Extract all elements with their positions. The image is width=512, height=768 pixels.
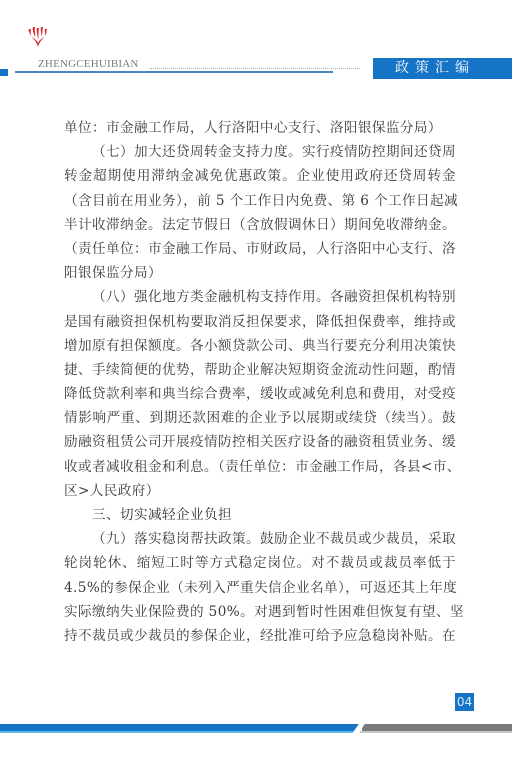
- document-body: 单位：市金融工作局，人行洛阳中心支行、洛阳银保监分局）（七）加大还贷周转金支持力…: [64, 116, 456, 648]
- body-text-line: 单位：市金融工作局，人行洛阳中心支行、洛阳银保监分局）: [64, 116, 456, 140]
- header-solid-rule: [15, 71, 333, 73]
- body-text-line: （七）加大还贷周转金支持力度。实行疫情防控期间还贷周: [64, 140, 456, 164]
- body-text-line: （含目前在用业务），前 5 个工作日内免费、第 6 个工作日起减: [64, 189, 456, 213]
- body-text-line: 是国有融资担保机构要取消反担保要求，降低担保费率，维持或: [64, 310, 456, 334]
- body-text-line: 降低贷款利率和典当综合费率，缓收或减免利息和费用，对受疫: [64, 382, 456, 406]
- body-text-line: 半计收滞纳金。法定节假日（含放假调休日）期间免收滞纳金。: [64, 213, 456, 237]
- footer-blue-underline: [0, 731, 356, 733]
- footer-blue-bar: [0, 724, 360, 731]
- body-text-line: 捷、手续简便的优势，帮助企业解决短期资金流动性问题，酌情: [64, 358, 456, 382]
- section-title-tab: 政策汇编: [373, 58, 512, 79]
- brand-pinyin: ZHENGCEHUIBIAN: [38, 58, 139, 70]
- body-text-line: 持不裁员或少裁员的参保企业，经批准可给予应急稳岗补贴。在: [64, 624, 456, 648]
- body-text-line: 情影响严重、到期还款困难的企业予以展期或续贷（续当）。鼓: [64, 406, 456, 430]
- footer-gray-underline: [360, 731, 512, 733]
- body-text-line: 收或者减收租金和利息。（责任单位：市金融工作局，各县<市、: [64, 455, 456, 479]
- page-number: 04: [455, 693, 474, 711]
- body-text-line: 转金超期使用滞纳金减免优惠政策。企业使用政府还贷周转金: [64, 164, 456, 188]
- body-text-line: （九）落实稳岗帮扶政策。鼓励企业不裁员或少裁员，采取: [64, 527, 456, 551]
- body-text-line: 励融资租赁公司开展疫情防控相关医疗设备的融资租赁业务、缓: [64, 430, 456, 454]
- body-text-line: 轮岗轮休、缩短工时等方式稳定岗位。对不裁员或裁员率低于: [64, 551, 456, 575]
- body-text-line: （八）强化地方类金融机构支持作用。各融资担保机构特别: [64, 285, 456, 309]
- body-text-line: 阳银保监分局）: [64, 261, 456, 285]
- body-text-line: 区>人民政府）: [64, 479, 456, 503]
- section-heading: 三、切实减轻企业负担: [64, 503, 456, 527]
- flame-logo-icon: [26, 25, 50, 49]
- body-text-line: 4.5%的参保企业（未列入严重失信企业名单），可返还其上年度: [64, 576, 456, 600]
- body-text-line: 增加原有担保额度。各小额贷款公司、典当行要充分利用决策快: [64, 334, 456, 358]
- body-text-line: （责任单位：市金融工作局、市财政局，人行洛阳中心支行、洛: [64, 237, 456, 261]
- footer-gray-bar: [362, 724, 512, 731]
- header-accent-square: [0, 69, 8, 76]
- header-dotted-rule: [150, 68, 360, 69]
- body-text-line: 实际缴纳失业保险费的 50%。对遇到暂时性困难但恢复有望、坚: [64, 600, 456, 624]
